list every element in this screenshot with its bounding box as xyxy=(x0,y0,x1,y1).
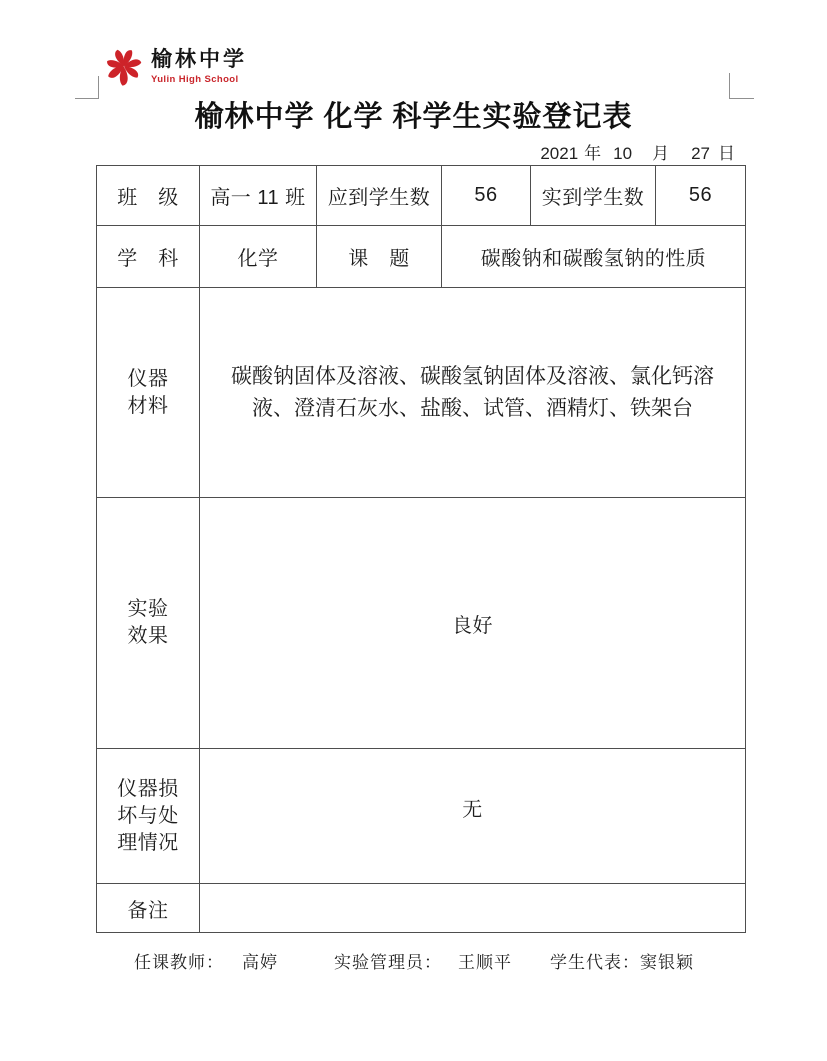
topic-label-cell: 课 题 xyxy=(317,226,442,288)
manager-label: 实验管理员： xyxy=(334,953,442,972)
school-logo-text: 榆林中学 Yulin High School xyxy=(151,44,247,85)
subject-value: 化学 xyxy=(238,248,279,270)
remarks-value-cell xyxy=(200,884,746,933)
school-name-cn: 榆林中学 xyxy=(151,48,247,72)
class-label: 班 级 xyxy=(117,187,179,209)
date-month-unit: 月 xyxy=(652,139,669,164)
teacher-name: 高婷 xyxy=(242,953,278,972)
expected-count-value: 56 xyxy=(474,184,497,206)
actual-count-label-cell: 实到学生数 xyxy=(531,166,656,226)
equipment-value: 碳酸钠固体及溶液、碳酸氢钠固体及溶液、氯化钙溶液、澄清石灰水、盐酸、试管、酒精灯… xyxy=(228,361,718,424)
student-label: 学生代表： xyxy=(550,953,640,972)
table-row-effect: 实验效果 良好 xyxy=(97,498,746,749)
class-value-cell: 高一 11 班 xyxy=(200,166,317,226)
topic-label: 课 题 xyxy=(348,248,410,270)
expected-count-value-cell: 56 xyxy=(442,166,531,226)
class-value: 高一 11 班 xyxy=(210,187,305,209)
student-name: 窦银颖 xyxy=(640,953,694,972)
effect-value: 良好 xyxy=(452,615,493,637)
equipment-value-cell: 碳酸钠固体及溶液、碳酸氢钠固体及溶液、氯化钙溶液、澄清石灰水、盐酸、试管、酒精灯… xyxy=(200,288,746,498)
date-day-unit: 日 xyxy=(718,139,735,164)
date-line: 2021年10月27日 xyxy=(540,139,735,164)
effect-label: 实验效果 xyxy=(127,596,169,650)
equipment-label-cell: 仪器材料 xyxy=(97,288,200,498)
signature-line: 任课教师：高婷实验管理员：王顺平学生代表：窦银颖 xyxy=(96,948,814,973)
table-row-remarks: 备注 xyxy=(97,884,746,933)
school-name-en: Yulin High School xyxy=(151,74,247,85)
subject-label-cell: 学 科 xyxy=(97,226,200,288)
actual-count-value: 56 xyxy=(689,184,712,206)
damage-label-cell: 仪器损坏与处理情况 xyxy=(97,749,200,884)
expected-count-label-cell: 应到学生数 xyxy=(317,166,442,226)
topic-value: 碳酸钠和碳酸氢钠的性质 xyxy=(481,248,707,270)
class-label-cell: 班 级 xyxy=(97,166,200,226)
table-row-damage: 仪器损坏与处理情况 无 xyxy=(97,749,746,884)
table-row-subject: 学 科 化学 课 题 碳酸钠和碳酸氢钠的性质 xyxy=(97,226,746,288)
effect-value-cell: 良好 xyxy=(200,498,746,749)
damage-value-cell: 无 xyxy=(200,749,746,884)
date-year: 2021 xyxy=(540,144,578,164)
subject-label: 学 科 xyxy=(117,248,179,270)
date-year-unit: 年 xyxy=(584,139,601,164)
school-logo: 榆林中学 Yulin High School xyxy=(103,44,247,90)
subject-value-cell: 化学 xyxy=(200,226,317,288)
damage-label: 仪器损坏与处理情况 xyxy=(117,776,179,857)
document-page: 榆林中学 Yulin High School 榆林中学 化学 科学生实验登记表 … xyxy=(0,0,827,1061)
remarks-label: 备注 xyxy=(128,900,169,922)
table-row-equipment: 仪器材料 碳酸钠固体及溶液、碳酸氢钠固体及溶液、氯化钙溶液、澄清石灰水、盐酸、试… xyxy=(97,288,746,498)
topic-value-cell: 碳酸钠和碳酸氢钠的性质 xyxy=(442,226,746,288)
teacher-label: 任课教师： xyxy=(134,953,224,972)
experiment-registration-table: 班 级 高一 11 班 应到学生数 56 实到学生数 56 学 科 化学 课 题… xyxy=(96,165,746,933)
pinwheel-flower-icon xyxy=(103,44,145,90)
manager-name: 王顺平 xyxy=(458,953,512,972)
actual-count-label: 实到学生数 xyxy=(542,187,645,209)
date-month: 10 xyxy=(613,144,632,164)
expected-count-label: 应到学生数 xyxy=(328,187,431,209)
page-title: 榆林中学 化学 科学生实验登记表 xyxy=(0,94,827,135)
table-row-class: 班 级 高一 11 班 应到学生数 56 实到学生数 56 xyxy=(97,166,746,226)
date-day: 27 xyxy=(691,144,710,164)
actual-count-value-cell: 56 xyxy=(656,166,746,226)
equipment-label: 仪器材料 xyxy=(127,366,169,420)
effect-label-cell: 实验效果 xyxy=(97,498,200,749)
damage-value: 无 xyxy=(462,799,483,821)
remarks-label-cell: 备注 xyxy=(97,884,200,933)
